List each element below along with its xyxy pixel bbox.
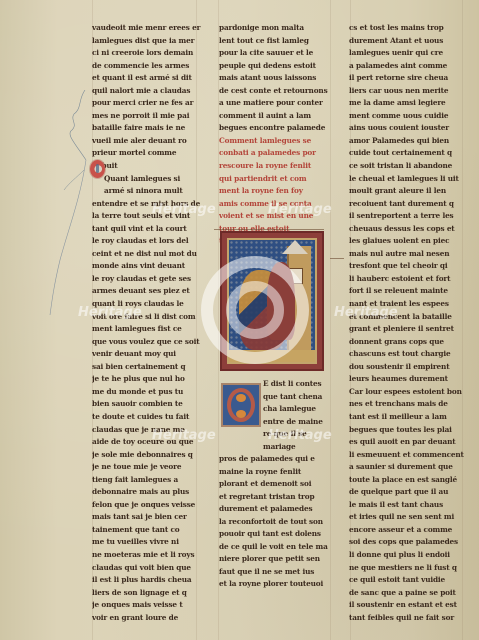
text-line: niere plorer que petit sen <box>219 553 331 566</box>
text-line: claudas qui voit bien que <box>92 562 210 575</box>
text-line: peuple qui dedens estoit <box>219 60 331 73</box>
text-line: moult grant aleure il len <box>349 185 464 198</box>
text-line: dou soustenir il empirent <box>349 361 464 374</box>
text-line: tieng fait lamlegues a <box>92 474 210 487</box>
text-line: que vous voulez que ce soit <box>92 336 210 349</box>
illuminated-initial-e <box>221 383 261 427</box>
text-line: cs et tost les mains trop <box>349 22 464 35</box>
rubric-line: Comment lamlegues se <box>219 135 331 148</box>
text-line: armes deuant ses piez et <box>92 285 210 298</box>
text-line: ains uous couient iouster <box>349 122 464 135</box>
text-line: je sole mie debonnaires q <box>92 449 210 462</box>
text-line: E dist li contes <box>263 378 333 391</box>
text-line: prieur mortel comme <box>92 147 210 160</box>
text-line: fort il se releuent mainte <box>349 285 464 298</box>
text-line: lent tout ce fist lamleg <box>219 35 331 48</box>
text-line: a saunier si durement que <box>349 461 464 474</box>
grotesque-beast-icon <box>236 394 246 402</box>
watermark-text: Heritage <box>334 305 398 320</box>
text-column-2-lower: pros de palamedes qui e maine la royne f… <box>219 453 331 591</box>
text-line: entre de maine <box>263 416 333 429</box>
text-line: soi des cops que palamedes <box>349 536 464 549</box>
text-line: vueil mie aler deuant ro <box>92 135 210 148</box>
text-line: ne que mestiers ne li fust q <box>349 562 464 575</box>
text-line: le roy claudas et lors del <box>92 235 210 248</box>
text-line: et quant il est armé si dit <box>92 72 210 85</box>
text-line: cheuaus dessus les cops et <box>349 223 464 236</box>
text-line: liers de son lignage et q <box>92 587 210 600</box>
text-line: toute la place en est sanglé <box>349 474 464 487</box>
text-line: et iries quil ne sen sent mi <box>349 511 464 524</box>
text-line: armé si ninora mult <box>92 185 210 198</box>
text-line: comment il auint a lam <box>219 110 331 123</box>
text-line: ment comme uous cuidie <box>349 110 464 123</box>
text-line: encore asseur et a comme <box>349 524 464 537</box>
manuscript-folio: vaudeoit mie menr erees er lamlegues dis… <box>0 0 479 640</box>
margin-flourish-icon <box>30 90 100 320</box>
text-line: lamlegues uenir qui cre <box>349 47 464 60</box>
text-line: es quil auoit en par deuant <box>349 436 464 449</box>
text-line: mais atant uous laissons <box>219 72 331 85</box>
rubric-line: conbati a palamedes por <box>219 147 331 160</box>
text-line: a une matiere pour conter <box>219 97 331 110</box>
text-line: faut que il ne se met ius <box>219 566 331 579</box>
illuminated-initial-q <box>90 160 105 178</box>
text-line: ne moeteras mie et li roys <box>92 549 210 562</box>
text-line: mais nul autre mal nesen <box>349 248 464 261</box>
text-line: li donne qui plus li endoii <box>349 549 464 562</box>
text-line: et la royne plorer touteuoi <box>219 578 331 591</box>
text-line: de quelque part que il au <box>349 486 464 499</box>
text-line: la reconfortoit de tout son <box>219 516 331 529</box>
text-line: a palamedes aint comme <box>349 60 464 73</box>
watermark-text: Heritage <box>268 428 332 443</box>
text-line: de ce quil le voit en tele ma <box>219 541 331 554</box>
watermark-text: Heritage <box>152 428 216 443</box>
text-column-1: vaudeoit mie menr erees er lamlegues dis… <box>92 22 210 624</box>
grotesque-beast-icon <box>236 410 246 418</box>
watermark-logo-icon <box>200 255 310 365</box>
watermark-text: Heritage <box>78 305 142 320</box>
text-line: monde ains vint deuant <box>92 260 210 273</box>
text-line: cha lamlegue <box>263 403 333 416</box>
text-line: me tu vueilles vivre ni <box>92 536 210 549</box>
text-line: vaudeoit mie menr erees er <box>92 22 210 35</box>
text-line: et regretant tristan trop <box>219 491 331 504</box>
text-line: les glaiues uolent en piec <box>349 235 464 248</box>
text-line: il soustenir en estant et est <box>349 599 464 612</box>
text-line: ce soit tristan li abandone <box>349 160 464 173</box>
text-line: plorant et demenoit soi <box>219 478 331 491</box>
line-filler <box>330 258 344 259</box>
text-line: maine la royne fenlit <box>219 466 331 479</box>
text-line: bien sauoir combien te <box>92 398 210 411</box>
text-line: tant feibles quil ne fait sor <box>349 612 464 625</box>
text-line: tribuit <box>92 160 210 173</box>
text-line: grant et pleniere il sentret <box>349 323 464 336</box>
text-line: de sanc que a paine se poit <box>349 587 464 600</box>
text-line: voir en grant loure de <box>92 612 210 625</box>
rubric-line: ment la royne fen foy <box>219 185 331 198</box>
text-line: me du monde et pus tu <box>92 386 210 399</box>
text-line: durement Atant et uous <box>349 35 464 48</box>
text-line: mais tant sai je bien cer <box>92 511 210 524</box>
text-line: pour la cite sauuer et le <box>219 47 331 60</box>
text-line: li hauberc estoient et fort <box>349 273 464 286</box>
text-line: ci ni creeroie lors demain <box>92 47 210 60</box>
text-line: chascuns est tout chargie <box>349 348 464 361</box>
rubric-line: qui partiendrit et com <box>219 173 331 186</box>
text-line: ce quil estoit tant vuidie <box>349 574 464 587</box>
text-line: liers car uous nen merite <box>349 85 464 98</box>
text-line: pour merci crier ne fes ar <box>92 97 210 110</box>
text-line: je onques mais veisse t <box>92 599 210 612</box>
text-line: il est li plus hardis cheua <box>92 574 210 587</box>
text-line: begues que toutes les plai <box>349 424 464 437</box>
text-line: nes et trenchans mais de <box>349 398 464 411</box>
text-line: venir deuant moy qui <box>92 348 210 361</box>
text-line: Quant lamlegues si <box>92 173 210 186</box>
text-line: il sentreportent a terre les <box>349 210 464 223</box>
text-line: leurs heaumes durement <box>349 373 464 386</box>
text-line: amor Palamedes qui bien <box>349 135 464 148</box>
text-line: cuide tout certainement q <box>349 147 464 160</box>
text-line: li esmeuuent et commencent <box>349 449 464 462</box>
rubric-line: rescoure la royne fenlit <box>219 160 331 173</box>
text-line: que tant chena <box>263 391 333 404</box>
watermark-text: Heritage <box>268 202 332 217</box>
text-line: pouoir qui tant est dolens <box>219 528 331 541</box>
text-line: mes ne porroit il mie pai <box>92 110 210 123</box>
tower-roof-icon <box>282 240 308 254</box>
text-line: recoiuent tant durement q <box>349 198 464 211</box>
text-line: Car lour espees estoient bon <box>349 386 464 399</box>
text-line: tresfont que tel cheoir qi <box>349 260 464 273</box>
text-line: de cest conte et retournons <box>219 85 331 98</box>
text-line: tainement que tant co <box>92 524 210 537</box>
text-line: le mais il est tant chaus <box>349 499 464 512</box>
text-line: je ne toue mie je veore <box>92 461 210 474</box>
text-line: donnent grans cops que <box>349 336 464 349</box>
text-line: le roy claudas et gete ses <box>92 273 210 286</box>
line-filler <box>214 229 324 230</box>
text-line: bataille faire mais ie ne <box>92 122 210 135</box>
text-line: pardonige mon malta <box>219 22 331 35</box>
text-line: pros de palamedes qui e <box>219 453 331 466</box>
text-line: me la dame amsi legiere <box>349 97 464 110</box>
text-line: debonnaire mais au plus <box>92 486 210 499</box>
text-line: durement et palamedes <box>219 503 331 516</box>
text-column-3: cs et tost les mains trop durement Atant… <box>349 22 464 624</box>
text-line: lamlegues dist que ia mer <box>92 35 210 48</box>
text-line: begues encontre palamede <box>219 122 331 135</box>
text-line: je te he plus que nul ho <box>92 373 210 386</box>
text-line: felon que je onques veisse <box>92 499 210 512</box>
text-line: quil nalort mie a claudas <box>92 85 210 98</box>
text-line: tant est il meilleur a lam <box>349 411 464 424</box>
text-line: de commencie les armes <box>92 60 210 73</box>
text-line: ceint et ne dist nul mot du <box>92 248 210 261</box>
text-line: il pert retorne sire cheua <box>349 72 464 85</box>
text-line: sai bien certainement q <box>92 361 210 374</box>
text-line: tant quil vint et la court <box>92 223 210 236</box>
watermark-text: Heritage <box>152 202 216 217</box>
text-line: ment lamlegues fist ce <box>92 323 210 336</box>
text-line: te doute et cuides tu fait <box>92 411 210 424</box>
text-line: le cheual et lamlegues li uit <box>349 173 464 186</box>
